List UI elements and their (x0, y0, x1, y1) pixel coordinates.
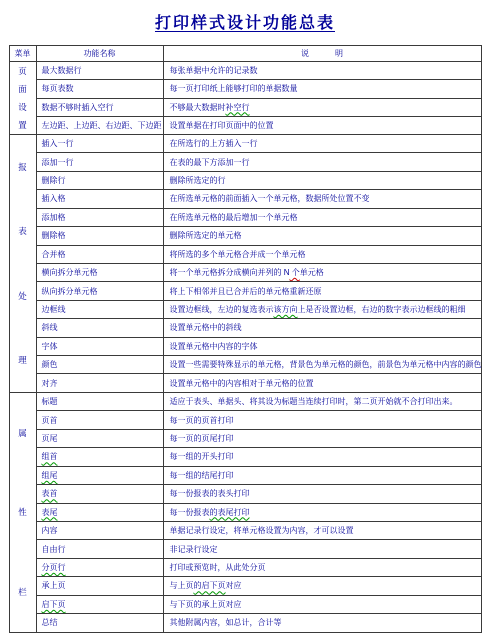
function-desc-text: 设置单据在打印页面中的位置 (170, 121, 274, 130)
function-desc-text: 删除所选定的单元格 (170, 231, 242, 240)
function-name-text: 分页行 (42, 563, 66, 572)
function-name-cell: 标题 (36, 393, 163, 411)
function-desc-text: 设置单元格中内容的字体 (170, 342, 258, 351)
function-desc-text: 单元格 (300, 268, 324, 277)
function-name-cell: 边框线 (36, 300, 163, 318)
table-row: 自由行非记录行设定 (9, 540, 481, 558)
function-desc-text: 在表的最下方添加一行 (170, 158, 250, 167)
menu-group-label-2: 报表处理 (9, 135, 36, 393)
function-name-cell: 承上页 (36, 577, 163, 595)
table-row: 属性栏标题适应于表头、单据头、将其设为标题当连续打印时，第二页开始就不合打印出来… (9, 393, 481, 411)
function-desc-text: 每一组的开头打印 (170, 452, 234, 461)
table-row: 表首每一份报表的表头打印 (9, 485, 481, 503)
function-desc-text: 设置单元格中的内容相对于单元格的位置 (170, 379, 314, 388)
function-desc-text: 删除所选定的行 (170, 176, 226, 185)
function-name-cell: 分页行 (36, 558, 163, 576)
function-desc-text: 适应于表头、单据头、将其设为标题当连续打印时，第二页开始就不合打印出来。 (170, 397, 458, 406)
table-row: 分页行打印或预览时，从此处分页 (9, 558, 481, 576)
table-row: 数据不够时插入空行不够最大数据时补空行 (9, 98, 481, 116)
function-desc-cell: 每一份报表的表头打印 (163, 485, 481, 503)
function-name-text: 组尾 (42, 471, 58, 480)
table-row: 添加格在所选单元格的最后增加一个单元格 (9, 208, 481, 226)
menu-vertical-text: 页面设置 (10, 62, 36, 134)
function-desc-cell: 打印或预览时，从此处分页 (163, 558, 481, 576)
function-desc-text: 不够最大数据时 (170, 103, 226, 112)
table-row: 字体设置单元格中内容的字体 (9, 337, 481, 355)
function-desc-text: 每一页的页尾打印 (170, 434, 234, 443)
function-name-cell: 内容 (36, 521, 163, 539)
function-desc-text: 将所选的多个单元格合并成一个单元格 (170, 250, 306, 259)
function-name-cell: 最大数据行 (36, 62, 163, 80)
function-name-text: 组首 (42, 452, 58, 461)
function-desc-cell: 设置单元格中的斜线 (163, 319, 481, 337)
function-desc-text: 每一页打印纸上能够打印的单据数量 (170, 84, 298, 93)
function-desc-text: 将上下相邻并且已合并后的单元格重新还原 (170, 287, 322, 296)
function-desc-cell: 每张单据中允许的记录数 (163, 62, 481, 80)
function-desc-cell: 每一份报表的表尾打印 (163, 503, 481, 521)
function-desc-cell: 将上下相邻并且已合并后的单元格重新还原 (163, 282, 481, 300)
table-row: 左边距、上边距、右边距、下边距设置单据在打印页面中的位置 (9, 116, 481, 134)
function-desc-cell: 设置边框线，左边的复选表示该方向上是否设置边框，右边的数字表示边框线的粗细 (163, 300, 481, 318)
menu-group-label-1: 页面设置 (9, 62, 36, 135)
table-row: 每页表数每一页打印纸上能够打印的单据数量 (9, 80, 481, 98)
function-name-cell: 插入一行 (36, 135, 163, 153)
function-name-text: 颜色 (42, 360, 58, 369)
function-name-text: 每页表数 (42, 84, 74, 93)
function-desc-text: 设置单元格中的斜线 (170, 323, 242, 332)
table-row: 边框线设置边框线，左边的复选表示该方向上是否设置边框，右边的数字表示边框线的粗细 (9, 300, 481, 318)
function-desc-cell: 在所选单元格的最后增加一个单元格 (163, 208, 481, 226)
function-desc-text: 的表尾打印 (210, 508, 250, 517)
function-desc-text: 该方向 (274, 305, 298, 314)
menu-vertical-text: 属性栏 (10, 393, 36, 632)
function-name-cell: 横向拆分单元格 (36, 263, 163, 281)
table-row: 内容单据记录行设定，将单元格设置为内容，才可以设置 (9, 521, 481, 539)
function-name-cell: 斜线 (36, 319, 163, 337)
function-name-cell: 插入格 (36, 190, 163, 208)
function-name-cell: 字体 (36, 337, 163, 355)
function-name-cell: 左边距、上边距、右边距、下边距 (36, 116, 163, 134)
function-desc-text: 的启下页 (194, 581, 226, 590)
function-name-text: 承上页 (42, 581, 66, 590)
function-name-cell: 组首 (36, 448, 163, 466)
function-desc-cell: 单据记录行设定，将单元格设置为内容，才可以设置 (163, 521, 481, 539)
function-desc-text: 设置一些需要特殊显示的单元格，背景色为单元格的颜色，前景色为单元格中内容的颜色 (170, 360, 482, 369)
document-page: 打印样式设计功能总表 菜单 功能名称 说明 页面设置最大数据行每张单据中允许的记… (0, 0, 490, 643)
function-desc-cell: 删除所选定的行 (163, 171, 481, 189)
function-desc-cell: 设置单据在打印页面中的位置 (163, 116, 481, 134)
function-desc-text: 对应 (226, 581, 242, 590)
function-desc-text: 每一页的页首打印 (170, 416, 234, 425)
menu-group-label-3: 属性栏 (9, 393, 36, 633)
function-name-text: 总结 (42, 618, 58, 627)
function-name-cell: 删除格 (36, 227, 163, 245)
table-row: 添加一行在表的最下方添加一行 (9, 153, 481, 171)
table-row: 表尾每一份报表的表尾打印 (9, 503, 481, 521)
function-name-text: 表尾 (42, 508, 58, 517)
function-desc-cell: 非记录行设定 (163, 540, 481, 558)
function-desc-text: 每一份报表 (170, 508, 210, 517)
function-desc-text: 其他附属内容，如总计，合计等 (170, 618, 282, 627)
function-desc-cell: 删除所选定的单元格 (163, 227, 481, 245)
table-row: 删除格删除所选定的单元格 (9, 227, 481, 245)
function-desc-text: 上是否设置边框，右边的数字表示边框线的粗细 (298, 305, 466, 314)
function-name-cell: 纵向拆分单元格 (36, 282, 163, 300)
function-desc-text: 与下页的承上页对应 (170, 600, 242, 609)
function-desc-cell: 在所选单元格的前面插入一个单元格，数据所处位置不变 (163, 190, 481, 208)
function-desc-text: 补空行 (226, 103, 250, 112)
table-row: 启下页与下页的承上页对应 (9, 595, 481, 613)
function-name-text: 启下页 (42, 600, 66, 609)
function-desc-cell: 每一页打印纸上能够打印的单据数量 (163, 80, 481, 98)
function-name-cell: 页首 (36, 411, 163, 429)
function-name-text: 斜线 (42, 323, 58, 332)
function-name-cell: 页尾 (36, 429, 163, 447)
function-desc-cell: 在所选行的上方插入一行 (163, 135, 481, 153)
function-name-text: 横向拆分单元格 (42, 268, 98, 277)
function-name-cell: 组尾 (36, 466, 163, 484)
function-name-cell: 数据不够时插入空行 (36, 98, 163, 116)
table-row: 总结其他附属内容，如总计，合计等 (9, 614, 481, 632)
function-desc-cell: 设置单元格中内容的字体 (163, 337, 481, 355)
function-desc-cell: 与上页的启下页对应 (163, 577, 481, 595)
function-desc-cell: 设置单元格中的内容相对于单元格的位置 (163, 374, 481, 393)
table-row: 斜线设置单元格中的斜线 (9, 319, 481, 337)
function-name-text: 表首 (42, 489, 58, 498)
function-name-cell: 颜色 (36, 356, 163, 374)
function-name-text: 页尾 (42, 434, 58, 443)
function-name-text: 页首 (42, 416, 58, 425)
function-name-text: 左边距、上边距、右边距、下边距 (42, 121, 162, 130)
function-desc-cell: 不够最大数据时补空行 (163, 98, 481, 116)
function-name-text: 纵向拆分单元格 (42, 287, 98, 296)
table-row: 删除行删除所选定的行 (9, 171, 481, 189)
function-desc-cell: 在表的最下方添加一行 (163, 153, 481, 171)
function-name-cell: 表首 (36, 485, 163, 503)
function-desc-text: 个 (290, 268, 300, 277)
table-row: 合并格将所选的多个单元格合并成一个单元格 (9, 245, 481, 263)
function-desc-text: 单据记录行设定，将单元格设置为内容，才可以设置 (170, 526, 354, 535)
function-name-cell: 表尾 (36, 503, 163, 521)
function-name-text: 内容 (42, 526, 58, 535)
function-name-cell: 对齐 (36, 374, 163, 393)
table-row: 对齐设置单元格中的内容相对于单元格的位置 (9, 374, 481, 393)
function-name-cell: 每页表数 (36, 80, 163, 98)
function-name-cell: 启下页 (36, 595, 163, 613)
function-name-text: 数据不够时插入空行 (42, 103, 114, 112)
function-desc-text: 每张单据中允许的记录数 (170, 66, 258, 75)
function-desc-cell: 适应于表头、单据头、将其设为标题当连续打印时，第二页开始就不合打印出来。 (163, 393, 481, 411)
function-desc-cell: 将一个单元格拆分成横向并列的 N 个单元格 (163, 263, 481, 281)
table-row: 报表处理插入一行在所选行的上方插入一行 (9, 135, 481, 153)
header-function-name: 功能名称 (36, 46, 163, 62)
function-name-cell: 自由行 (36, 540, 163, 558)
function-name-text: 标题 (42, 397, 58, 406)
function-name-text: 字体 (42, 342, 58, 351)
function-desc-text: 将一个单元格拆分成横向并列的 N (170, 268, 290, 277)
function-name-cell: 合并格 (36, 245, 163, 263)
function-desc-text: 每一组的结尾打印 (170, 471, 234, 480)
table-row: 纵向拆分单元格将上下相邻并且已合并后的单元格重新还原 (9, 282, 481, 300)
function-name-text: 插入一行 (42, 139, 74, 148)
table-body: 页面设置最大数据行每张单据中允许的记录数每页表数每一页打印纸上能够打印的单据数量… (9, 62, 481, 633)
header-row: 菜单 功能名称 说明 (9, 46, 481, 62)
function-name-text: 最大数据行 (42, 66, 82, 75)
table-row: 承上页与上页的启下页对应 (9, 577, 481, 595)
function-desc-text: 在所选单元格的最后增加一个单元格 (170, 213, 298, 222)
function-desc-text: 在所选单元格的前面插入一个单元格，数据所处位置不变 (170, 194, 370, 203)
function-desc-text: 每一份报表的表头打印 (170, 489, 250, 498)
function-name-text: 删除行 (42, 176, 66, 185)
table-row: 横向拆分单元格将一个单元格拆分成横向并列的 N 个单元格 (9, 263, 481, 281)
function-desc-cell: 设置一些需要特殊显示的单元格，背景色为单元格的颜色，前景色为单元格中内容的颜色 (163, 356, 481, 374)
table-row: 颜色设置一些需要特殊显示的单元格，背景色为单元格的颜色，前景色为单元格中内容的颜… (9, 356, 481, 374)
menu-vertical-text: 报表处理 (10, 135, 36, 392)
function-name-cell: 添加格 (36, 208, 163, 226)
function-table: 菜单 功能名称 说明 页面设置最大数据行每张单据中允许的记录数每页表数每一页打印… (9, 45, 482, 633)
function-desc-text: 非记录行设定 (170, 545, 218, 554)
function-name-text: 添加一行 (42, 158, 74, 167)
function-desc-cell: 每一页的页首打印 (163, 411, 481, 429)
function-desc-text: 设置边框线，左边的复选表示 (170, 305, 274, 314)
function-name-cell: 添加一行 (36, 153, 163, 171)
function-desc-cell: 将所选的多个单元格合并成一个单元格 (163, 245, 481, 263)
table-row: 页尾每一页的页尾打印 (9, 429, 481, 447)
function-name-text: 合并格 (42, 250, 66, 259)
table-row: 组首每一组的开头打印 (9, 448, 481, 466)
function-name-text: 自由行 (42, 545, 66, 554)
function-name-text: 插入格 (42, 194, 66, 203)
function-desc-text: 与上页 (170, 581, 194, 590)
function-desc-cell: 每一页的页尾打印 (163, 429, 481, 447)
function-desc-cell: 与下页的承上页对应 (163, 595, 481, 613)
function-desc-text: 在所选行的上方插入一行 (170, 139, 258, 148)
function-name-text: 添加格 (42, 213, 66, 222)
function-desc-cell: 每一组的开头打印 (163, 448, 481, 466)
table-row: 页首每一页的页首打印 (9, 411, 481, 429)
function-name-cell: 删除行 (36, 171, 163, 189)
table-row: 插入格在所选单元格的前面插入一个单元格，数据所处位置不变 (9, 190, 481, 208)
function-desc-cell: 其他附属内容，如总计，合计等 (163, 614, 481, 632)
function-name-text: 对齐 (42, 379, 58, 388)
table-row: 组尾每一组的结尾打印 (9, 466, 481, 484)
header-description: 说明 (163, 46, 481, 62)
header-menu: 菜单 (9, 46, 36, 62)
function-name-cell: 总结 (36, 614, 163, 632)
page-title: 打印样式设计功能总表 (0, 10, 490, 33)
function-name-text: 边框线 (42, 305, 66, 314)
function-name-text: 删除格 (42, 231, 66, 240)
function-desc-text: 打印或预览时，从此处分页 (170, 563, 266, 572)
function-desc-cell: 每一组的结尾打印 (163, 466, 481, 484)
table-row: 页面设置最大数据行每张单据中允许的记录数 (9, 62, 481, 80)
